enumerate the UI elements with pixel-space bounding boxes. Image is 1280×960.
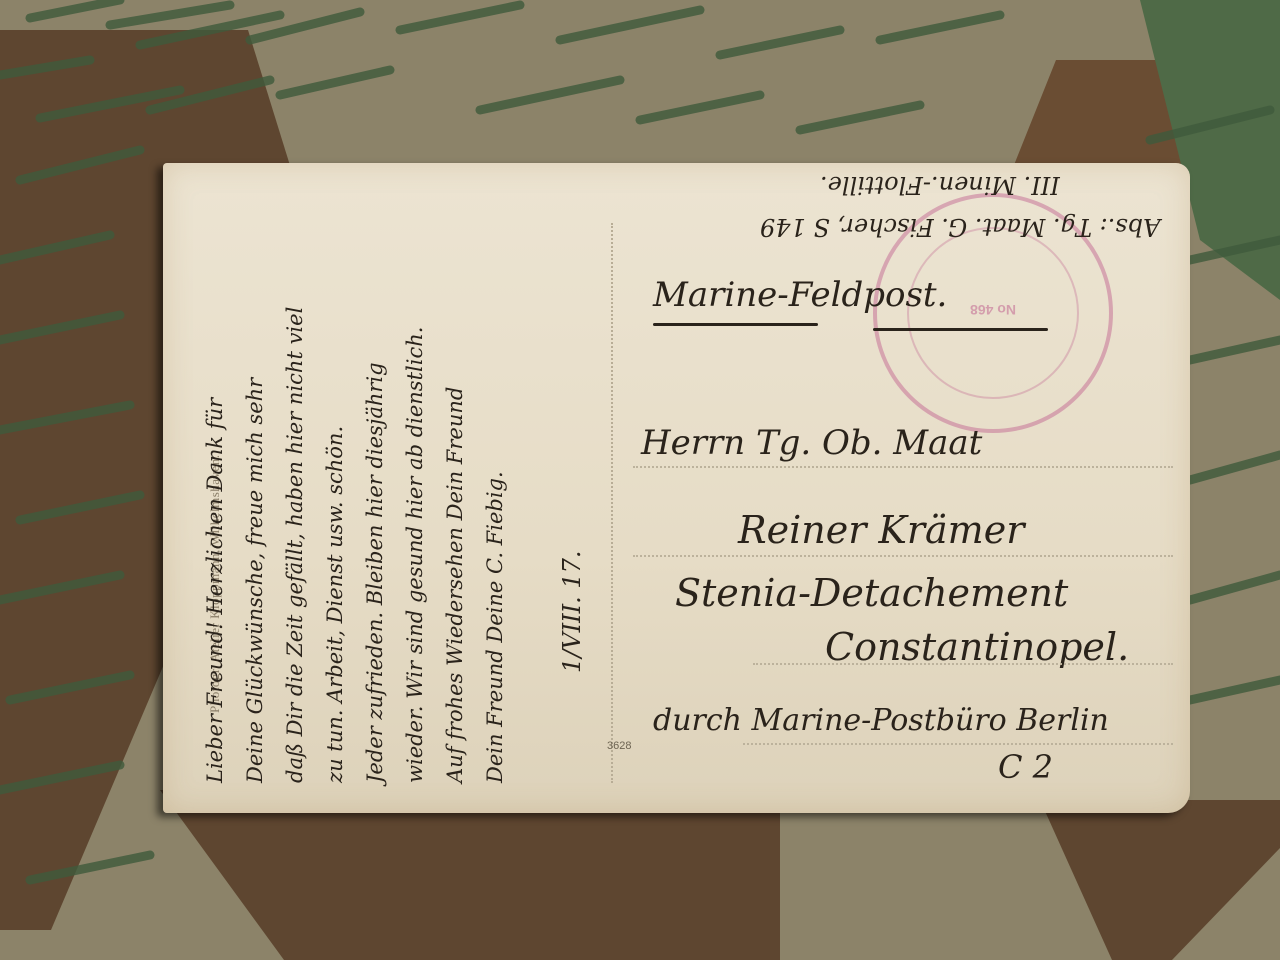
message-line: zu tun. Arbeit, Dienst usw. schön. [323, 426, 347, 783]
service-marking-underline [873, 328, 1048, 331]
message-line: wieder. Wir sind gesund hier ab dienstli… [403, 327, 427, 783]
message-date: 1/VIII. 17. [558, 550, 586, 673]
postcard-reverse: Photogr. Atelier Kloppmann, Wilhelmshave… [163, 163, 1190, 813]
message-line: daß Dir die Zeit gefällt, haben hier nic… [283, 307, 307, 783]
handwritten-message: Lieber Freund! Herzlichen Dank für Deine… [203, 183, 613, 793]
message-line: Jeder zufrieden. Bleiben hier diesjährig [363, 362, 387, 783]
address-line [633, 466, 1173, 468]
message-line: Lieber Freund! Herzlichen Dank für [203, 398, 227, 783]
address-line [743, 743, 1173, 745]
recipient-unit: Stenia-Detachement [675, 571, 1068, 615]
center-divider-line [611, 223, 613, 783]
message-line: Auf frohes Wiedersehen Dein Freund [443, 387, 467, 783]
service-marking: Marine-Feldpost. [653, 275, 947, 315]
sender-line-1: Abs.: Tg. Maat. G. Fischer, S 149 [760, 213, 1160, 241]
address-line [753, 663, 1173, 665]
card-number: 3628 [607, 740, 631, 752]
address-line [633, 555, 1173, 557]
sender-line-2: III. Minen.-Flottille. [820, 171, 1060, 199]
service-marking-underline [653, 323, 818, 326]
routing-note: durch Marine-Postbüro Berlin [653, 703, 1109, 738]
recipient-salutation: Herrn Tg. Ob. Maat [641, 423, 982, 463]
postal-code: C 2 [998, 748, 1053, 786]
message-line: Dein Freund Deine C. Fiebig. [483, 471, 507, 783]
message-line: Deine Glückwünsche, freue mich sehr [243, 378, 267, 783]
recipient-name: Reiner Krämer [738, 508, 1024, 552]
